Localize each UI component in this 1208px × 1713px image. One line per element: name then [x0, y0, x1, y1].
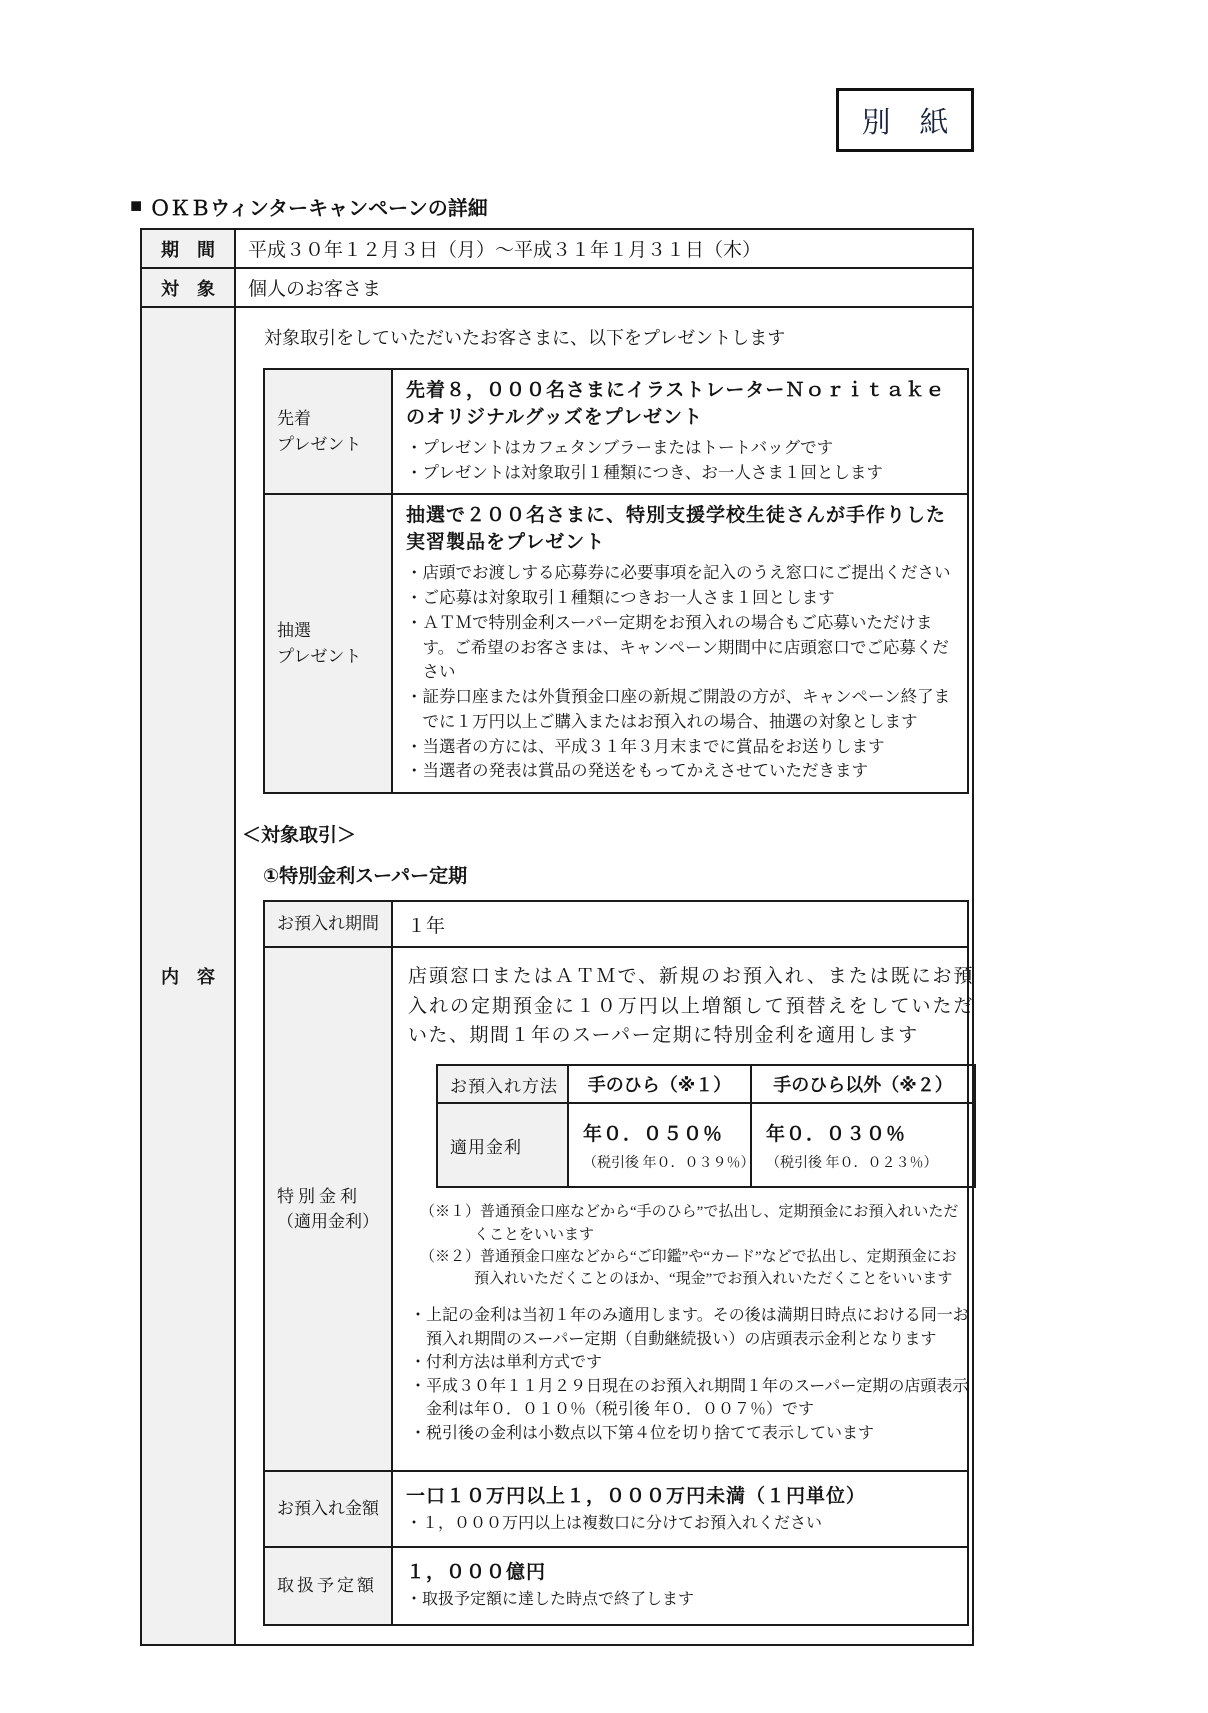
deposit-amount-label: お預入れ金額	[265, 1472, 393, 1546]
target-label: 対 象	[142, 269, 236, 306]
tenohira-rate: 年０．０５０％	[583, 1119, 750, 1146]
special-rate-row: 特別金利 （適用金利） 店頭窓口またはＡＴＭで、新規のお預入れ、または既にお預入…	[265, 948, 967, 1472]
deposit-amount-bullet: ・１，０００万円以上は複数口に分けてお預入れください	[406, 1512, 957, 1536]
bullet-item: ・店頭でお渡しする応募券に必要事項を記入のうえ窓口にご提出ください	[406, 561, 957, 586]
product-heading: ①特別金利スーパー定期	[263, 861, 969, 888]
applied-rate-header: 適用金利	[438, 1104, 569, 1186]
tenohira-after-tax-rate: （税引後 年０．０３９％）	[583, 1152, 750, 1172]
deposit-method-header: お預入れ方法	[438, 1066, 569, 1102]
first-come-row: 先着 プレゼント 先着８，０００名さまにイラストレーターＮｏｒｉｔａｋｅのオリジ…	[265, 370, 967, 495]
first-come-content: 先着８，０００名さまにイラストレーターＮｏｒｉｔａｋｅのオリジナルグッズをプレゼ…	[393, 370, 967, 493]
first-come-headline: 先着８，０００名さまにイラストレーターＮｏｒｉｔａｋｅのオリジナルグッズをプレゼ…	[406, 378, 957, 432]
period-row: 期 間 平成３０年１２月３日（月）～平成３１年１月３１日（木）	[142, 230, 972, 269]
planned-amount-label: 取扱予定額	[265, 1548, 393, 1624]
other-rate: 年０．０３０％	[766, 1119, 974, 1146]
deposit-period-label-text: お預入れ期間	[277, 911, 383, 937]
lottery-content: 抽選で２００名さまに、特別支援学校生徒さんが手作りした実習製品をプレゼント ・店…	[393, 495, 967, 792]
presents-table: 先着 プレゼント 先着８，０００名さまにイラストレーターＮｏｒｉｔａｋｅのオリジ…	[263, 368, 969, 794]
other-rate-cell: 年０．０３０％ （税引後 年０．０２３％）	[752, 1104, 974, 1186]
deposit-period-label: お預入れ期間	[265, 902, 393, 946]
campaign-detail-table: 期 間 平成３０年１２月３日（月）～平成３１年１月３１日（木） 対 象 個人のお…	[140, 228, 974, 1646]
bullet-item: ・プレゼントはカフェタンブラーまたはトートバッグです	[406, 436, 957, 461]
planned-amount-label-text: 取扱予定額	[277, 1573, 383, 1599]
bullet-item: ・当選者の方には、平成３１年３月末までに賞品をお送りします	[406, 735, 957, 760]
lottery-label: 抽選 プレゼント	[265, 495, 393, 792]
tenohira-column-header: 手のひら（※１）	[569, 1066, 752, 1102]
planned-amount-headline: １，０００億円	[406, 1557, 957, 1584]
period-label: 期 間	[142, 230, 236, 267]
special-rate-label: 特別金利 （適用金利）	[265, 948, 393, 1470]
bullet-item: ・プレゼントは対象取引１種類につき、お一人さま１回とします	[406, 461, 957, 486]
lottery-headline: 抽選で２００名さまに、特別支援学校生徒さんが手作りした実習製品をプレゼント	[406, 503, 957, 557]
content-row: 内 容 対象取引をしていただいたお客さまに、以下をプレゼントします 先着 プレゼ…	[142, 308, 972, 1644]
lottery-label-line2: プレゼント	[277, 644, 383, 670]
period-value: 平成３０年１２月３日（月）～平成３１年１月３１日（木）	[236, 230, 972, 267]
rate-notes: （※１）普通預金口座などから“手のひら”で払出し、定期預金にお預入れいただくこと…	[420, 1201, 970, 1290]
other-after-tax-rate: （税引後 年０．０２３％）	[766, 1152, 974, 1172]
content-cell: 対象取引をしていただいたお客さまに、以下をプレゼントします 先着 プレゼント 先…	[236, 308, 973, 1644]
deposit-amount-row: お預入れ金額 一口１０万円以上１，０００万円未満（１円単位） ・１，０００万円以…	[265, 1472, 967, 1548]
deposit-amount-headline: 一口１０万円以上１，０００万円未満（１円単位）	[406, 1481, 957, 1508]
deposit-period-row: お預入れ期間 １年	[265, 902, 967, 948]
lottery-label-line1: 抽選	[277, 618, 383, 644]
content-label: 内 容	[142, 308, 236, 1644]
special-rate-intro: 店頭窓口またはＡＴＭで、新規のお預入れ、または既にお預入れの定期預金に１０万円以…	[408, 962, 974, 1050]
rate-table-header-row: お預入れ方法 手のひら（※１） 手のひら以外（※２）	[438, 1066, 974, 1104]
note-item: （※１）普通預金口座などから“手のひら”で払出し、定期預金にお預入れいただくこと…	[420, 1201, 970, 1245]
first-come-label-line1: 先着	[277, 406, 383, 432]
deposit-amount-content: 一口１０万円以上１，０００万円未満（１円単位） ・１，０００万円以上は複数口に分…	[393, 1472, 967, 1546]
square-bullet-icon: ■	[130, 195, 142, 218]
bullet-item: ・ご応募は対象取引１種類につきお一人さま１回とします	[406, 586, 957, 611]
special-rate-label-line1: 特別金利	[277, 1184, 383, 1210]
target-value: 個人のお客さま	[236, 269, 972, 306]
other-column-header: 手のひら以外（※２）	[752, 1066, 974, 1102]
rate-table: お預入れ方法 手のひら（※１） 手のひら以外（※２） 適用金利 年０．０５０％ …	[436, 1064, 976, 1188]
page-title-text: ＯＫＢウィンターキャンペーンの詳細	[150, 192, 488, 221]
special-rate-content: 店頭窓口またはＡＴＭで、新規のお預入れ、または既にお預入れの定期預金に１０万円以…	[393, 948, 986, 1470]
deposit-amount-label-text: お預入れ金額	[277, 1496, 383, 1522]
bullet-item: ・税引後の金利は小数点以下第４位を切り捨てて表示しています	[410, 1422, 970, 1446]
rate-table-rates-row: 適用金利 年０．０５０％ （税引後 年０．０３９％） 年０．０３０％ （税引後 …	[438, 1104, 974, 1186]
planned-amount-bullet: ・取扱予定額に達した時点で終了します	[406, 1588, 957, 1612]
note-item: （※２）普通預金口座などから“ご印鑑”や“カード”などで払出し、定期預金にお預入…	[420, 1246, 970, 1290]
special-rate-label-line2: （適用金利）	[277, 1209, 383, 1235]
bullet-item: ・平成３０年１１月２９日現在のお預入れ期間１年のスーパー定期の店頭表示金利は年０…	[410, 1375, 970, 1422]
document-page: 別 紙 ■ ＯＫＢウィンターキャンペーンの詳細 期 間 平成３０年１２月３日（月…	[0, 0, 1208, 1713]
super-teiki-table: お預入れ期間 １年 特別金利 （適用金利） 店頭窓口またはＡＴＭで、新規のお預入…	[263, 900, 969, 1626]
bullet-item: ・ＡＴＭで特別金利スーパー定期をお預入れの場合もご応募いただけます。ご希望のお客…	[406, 611, 957, 685]
first-come-bullets: ・プレゼントはカフェタンブラーまたはトートバッグです ・プレゼントは対象取引１種…	[406, 436, 957, 486]
special-rate-bullets: ・上記の金利は当初１年のみ適用します。その後は満期日時点における同一お預入れ期間…	[410, 1304, 970, 1445]
first-come-label-line2: プレゼント	[277, 432, 383, 458]
lottery-bullets: ・店頭でお渡しする応募券に必要事項を記入のうえ窓口にご提出ください ・ご応募は対…	[406, 561, 957, 784]
tenohira-rate-cell: 年０．０５０％ （税引後 年０．０３９％）	[569, 1104, 752, 1186]
page-title: ■ ＯＫＢウィンターキャンペーンの詳細	[130, 192, 488, 221]
bullet-item: ・当選者の発表は賞品の発送をもってかえさせていただきます	[406, 759, 957, 784]
content-intro: 対象取引をしていただいたお客さまに、以下をプレゼントします	[264, 324, 969, 350]
bullet-item: ・付利方法は単利方式です	[410, 1351, 970, 1375]
attachment-label: 別 紙	[861, 100, 948, 141]
deposit-period-value: １年	[393, 902, 445, 946]
planned-amount-content: １，０００億円 ・取扱予定額に達した時点で終了します	[393, 1548, 967, 1624]
first-come-label: 先着 プレゼント	[265, 370, 393, 493]
attachment-label-box: 別 紙	[836, 88, 974, 152]
target-transactions-heading: ＜対象取引＞	[242, 820, 969, 847]
lottery-row: 抽選 プレゼント 抽選で２００名さまに、特別支援学校生徒さんが手作りした実習製品…	[265, 495, 967, 792]
planned-amount-row: 取扱予定額 １，０００億円 ・取扱予定額に達した時点で終了します	[265, 1548, 967, 1624]
bullet-item: ・証券口座または外貨預金口座の新規ご開設の方が、キャンペーン終了までに１万円以上…	[406, 685, 957, 735]
bullet-item: ・上記の金利は当初１年のみ適用します。その後は満期日時点における同一お預入れ期間…	[410, 1304, 970, 1351]
target-row: 対 象 個人のお客さま	[142, 269, 972, 308]
